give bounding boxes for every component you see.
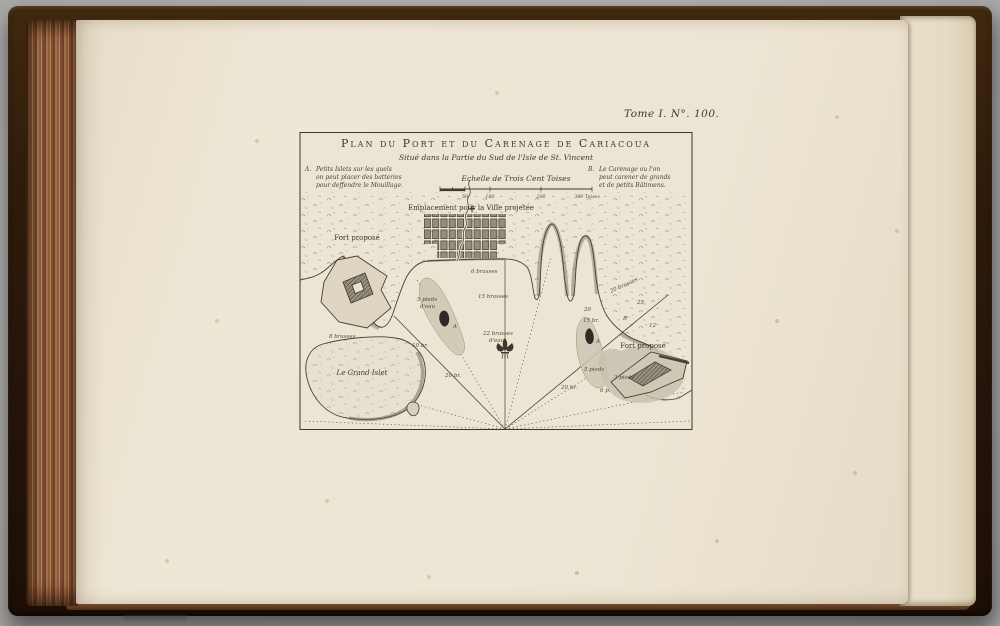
svg-text:d'eau: d'eau bbox=[420, 304, 436, 310]
underlying-page-edge bbox=[900, 16, 976, 606]
svg-text:on peut placer des batteries: on peut placer des batteries bbox=[316, 174, 402, 181]
svg-text:5 pieds: 5 pieds bbox=[417, 297, 437, 303]
plate-number: Tome I. N°. 100. bbox=[624, 108, 744, 120]
svg-text:20: 20 bbox=[583, 307, 591, 313]
paper-foxing-specks bbox=[76, 20, 78, 22]
svg-text:15 brasses: 15 brasses bbox=[478, 294, 508, 300]
label-grand-islet: Le Grand Islet bbox=[336, 369, 388, 377]
svg-text:10 br.: 10 br. bbox=[412, 343, 428, 349]
svg-text:B.: B. bbox=[587, 166, 594, 173]
svg-text:peut carener de grands: peut carener de grands bbox=[599, 174, 671, 181]
svg-text:3 pieds: 3 pieds bbox=[614, 375, 634, 381]
svg-text:15 br.: 15 br. bbox=[583, 318, 599, 324]
legend-a: A. Petits Islets sur les quels on peut p… bbox=[304, 166, 403, 189]
label-islet-a-left: A bbox=[452, 324, 457, 330]
map-title: Plan du Port et du Carenage de Cariacoua bbox=[341, 137, 651, 150]
photograph-background: Tome I. N°. 100. bbox=[0, 0, 1000, 626]
svg-text:200: 200 bbox=[535, 194, 545, 200]
svg-text:300 Toises: 300 Toises bbox=[574, 194, 600, 200]
svg-text:20 br.: 20 br. bbox=[444, 373, 461, 379]
svg-text:6 brasses: 6 brasses bbox=[471, 269, 498, 275]
label-anchorage-b: B bbox=[622, 316, 627, 322]
label-fort-left: Fort proposé bbox=[334, 234, 380, 242]
label-islet-a-right: A bbox=[595, 339, 600, 345]
svg-text:Petits Islets sur les quels: Petits Islets sur les quels bbox=[315, 166, 392, 173]
svg-text:50: 50 bbox=[462, 194, 468, 200]
legend-b: B. Le Carenage ou l'on peut carener de g… bbox=[587, 166, 671, 189]
credit-smudge bbox=[123, 615, 187, 619]
map-subtitle: Situé dans la Partie du Sud de l'Isle de… bbox=[399, 153, 594, 162]
svg-text:et de petits Bâtimens.: et de petits Bâtimens. bbox=[599, 182, 666, 189]
svg-text:22 brasses: 22 brasses bbox=[482, 331, 513, 337]
book-page-edges bbox=[26, 20, 78, 606]
book-page: Tome I. N°. 100. bbox=[76, 20, 908, 604]
svg-text:Le Carenage ou l'on: Le Carenage ou l'on bbox=[598, 166, 660, 173]
map-engraving: Plan du Port et du Carenage de Cariacoua… bbox=[299, 130, 695, 432]
svg-text:100: 100 bbox=[485, 194, 494, 200]
svg-text:20 br.: 20 br. bbox=[560, 385, 577, 391]
label-fort-right: Fort proposé bbox=[620, 342, 666, 350]
svg-text:5 pieds: 5 pieds bbox=[584, 367, 604, 373]
svg-text:8 brasses: 8 brasses bbox=[329, 334, 356, 340]
label-town: Emplacement pour la Ville projetée bbox=[408, 204, 534, 212]
svg-text:d'eau: d'eau bbox=[489, 338, 505, 344]
svg-text:Echelle de Trois Cent Toises: Echelle de Trois Cent Toises bbox=[460, 174, 570, 183]
svg-text:25: 25 bbox=[636, 300, 644, 306]
svg-text:pour deffendre le Mouillage.: pour deffendre le Mouillage. bbox=[316, 182, 403, 189]
svg-text:A.: A. bbox=[304, 166, 311, 173]
svg-text:6 p.: 6 p. bbox=[600, 388, 611, 394]
svg-text:12: 12 bbox=[649, 323, 656, 329]
